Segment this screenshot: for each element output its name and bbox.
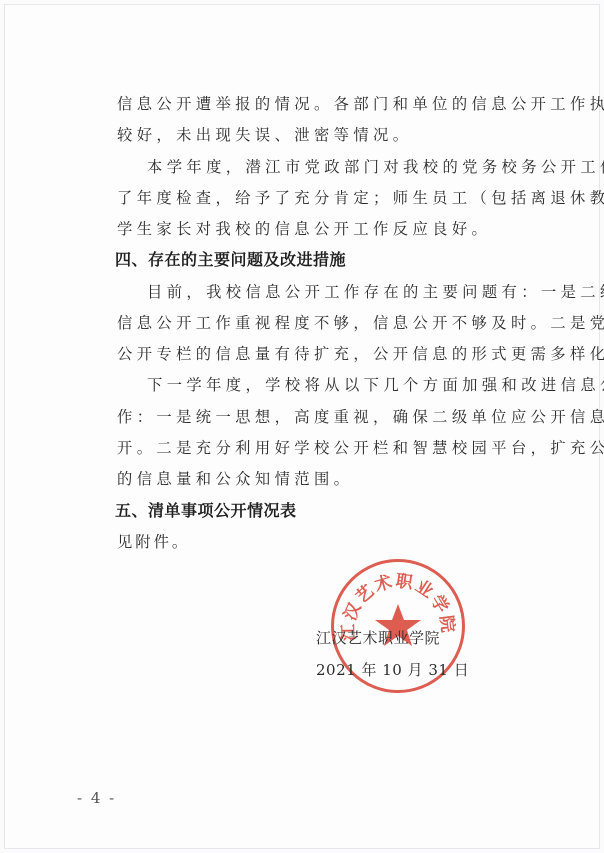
text-line: 下一学年度，学校将从以下几个方面加强和改进信息公开工 bbox=[147, 375, 604, 395]
page-number: - 4 - bbox=[77, 789, 116, 807]
signature-organization: 江汉艺术职业学院 bbox=[316, 628, 440, 648]
text-line: 学生家长对我校的信息公开工作反应良好。 bbox=[117, 219, 491, 239]
text-line: 开。二是充分利用好学校公开栏和智慧校园平台，扩充公开信息 bbox=[117, 438, 604, 458]
text-line: 目前，我校信息公开工作存在的主要问题有：一是二级单位 bbox=[147, 282, 604, 302]
text-line: 的信息量和公众知情范围。 bbox=[117, 469, 353, 489]
section-heading-4: 四、存在的主要问题及改进措施 bbox=[115, 250, 346, 270]
text-line: 了年度检查，给予了充分肯定；师生员工（包括离退休教职工）、 bbox=[117, 188, 604, 208]
text-line: 作：一是统一思想，高度重视，确保二级单位应公开信息及时公 bbox=[117, 407, 604, 427]
text-line: 信息公开工作重视程度不够，信息公开不够及时。二是党务校务 bbox=[117, 313, 604, 333]
section-heading-5: 五、清单事项公开情况表 bbox=[115, 501, 297, 521]
text-line: 较好，未出现失误、泄密等情况。 bbox=[117, 125, 412, 145]
text-line: 本学年度，潜江市党政部门对我校的党务校务公开工作进行 bbox=[147, 157, 604, 177]
text-line: 信息公开遭举报的情况。各部门和单位的信息公开工作执行情况 bbox=[117, 94, 604, 114]
attachment-note: 见附件。 bbox=[117, 532, 190, 552]
text-line: 公开专栏的信息量有待扩充，公开信息的形式更需多样化。 bbox=[117, 344, 604, 364]
document-page: 信息公开遭举报的情况。各部门和单位的信息公开工作执行情况 较好，未出现失误、泄密… bbox=[4, 4, 600, 849]
signature-date: 2021 年 10 月 31 日 bbox=[316, 660, 469, 680]
